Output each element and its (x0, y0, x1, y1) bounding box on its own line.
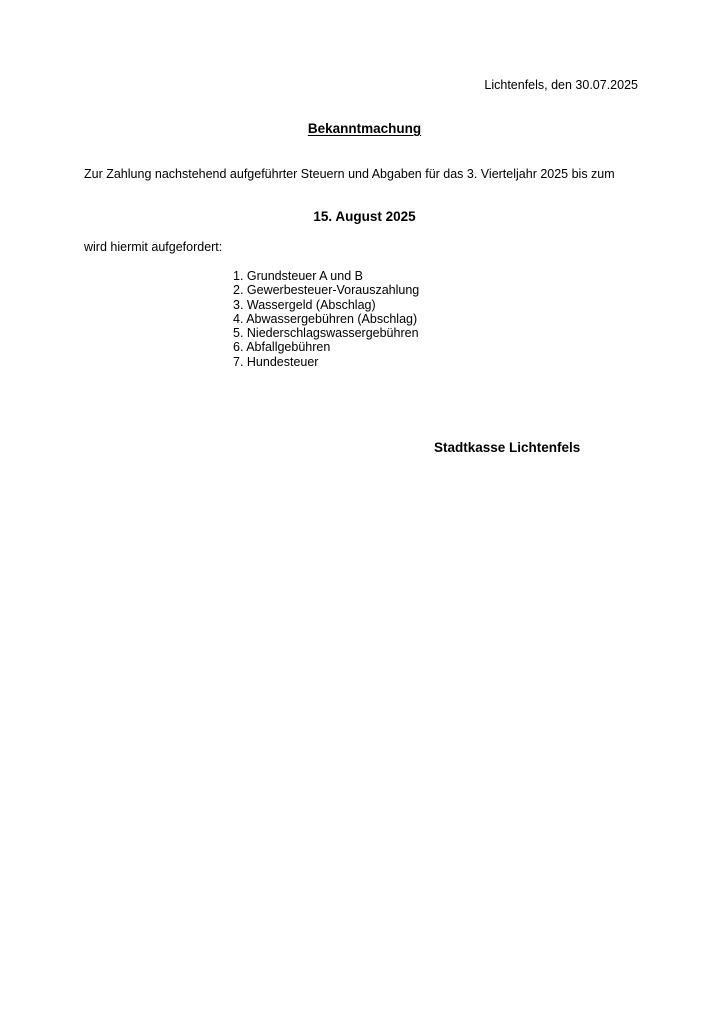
tax-list: 1. Grundsteuer A und B 2. Gewerbesteuer-… (233, 269, 419, 369)
place-date: Lichtenfels, den 30.07.2025 (484, 78, 638, 92)
request-text: wird hiermit aufgefordert: (84, 240, 222, 254)
list-item: 1. Grundsteuer A und B (233, 269, 419, 283)
list-item: 5. Niederschlagswassergebühren (233, 326, 419, 340)
list-item: 3. Wassergeld (Abschlag) (233, 298, 419, 312)
list-item: 2. Gewerbesteuer-Vorauszahlung (233, 283, 419, 297)
document-page: Lichtenfels, den 30.07.2025 Bekanntmachu… (0, 0, 721, 1020)
page-title: Bekanntmachung (0, 121, 721, 136)
signature: Stadtkasse Lichtenfels (434, 440, 580, 455)
list-item: 7. Hundesteuer (233, 355, 419, 369)
intro-paragraph: Zur Zahlung nachstehend aufgeführter Ste… (84, 167, 615, 181)
due-date: 15. August 2025 (0, 209, 721, 224)
list-item: 4. Abwassergebühren (Abschlag) (233, 312, 419, 326)
list-item: 6. Abfallgebühren (233, 340, 419, 354)
